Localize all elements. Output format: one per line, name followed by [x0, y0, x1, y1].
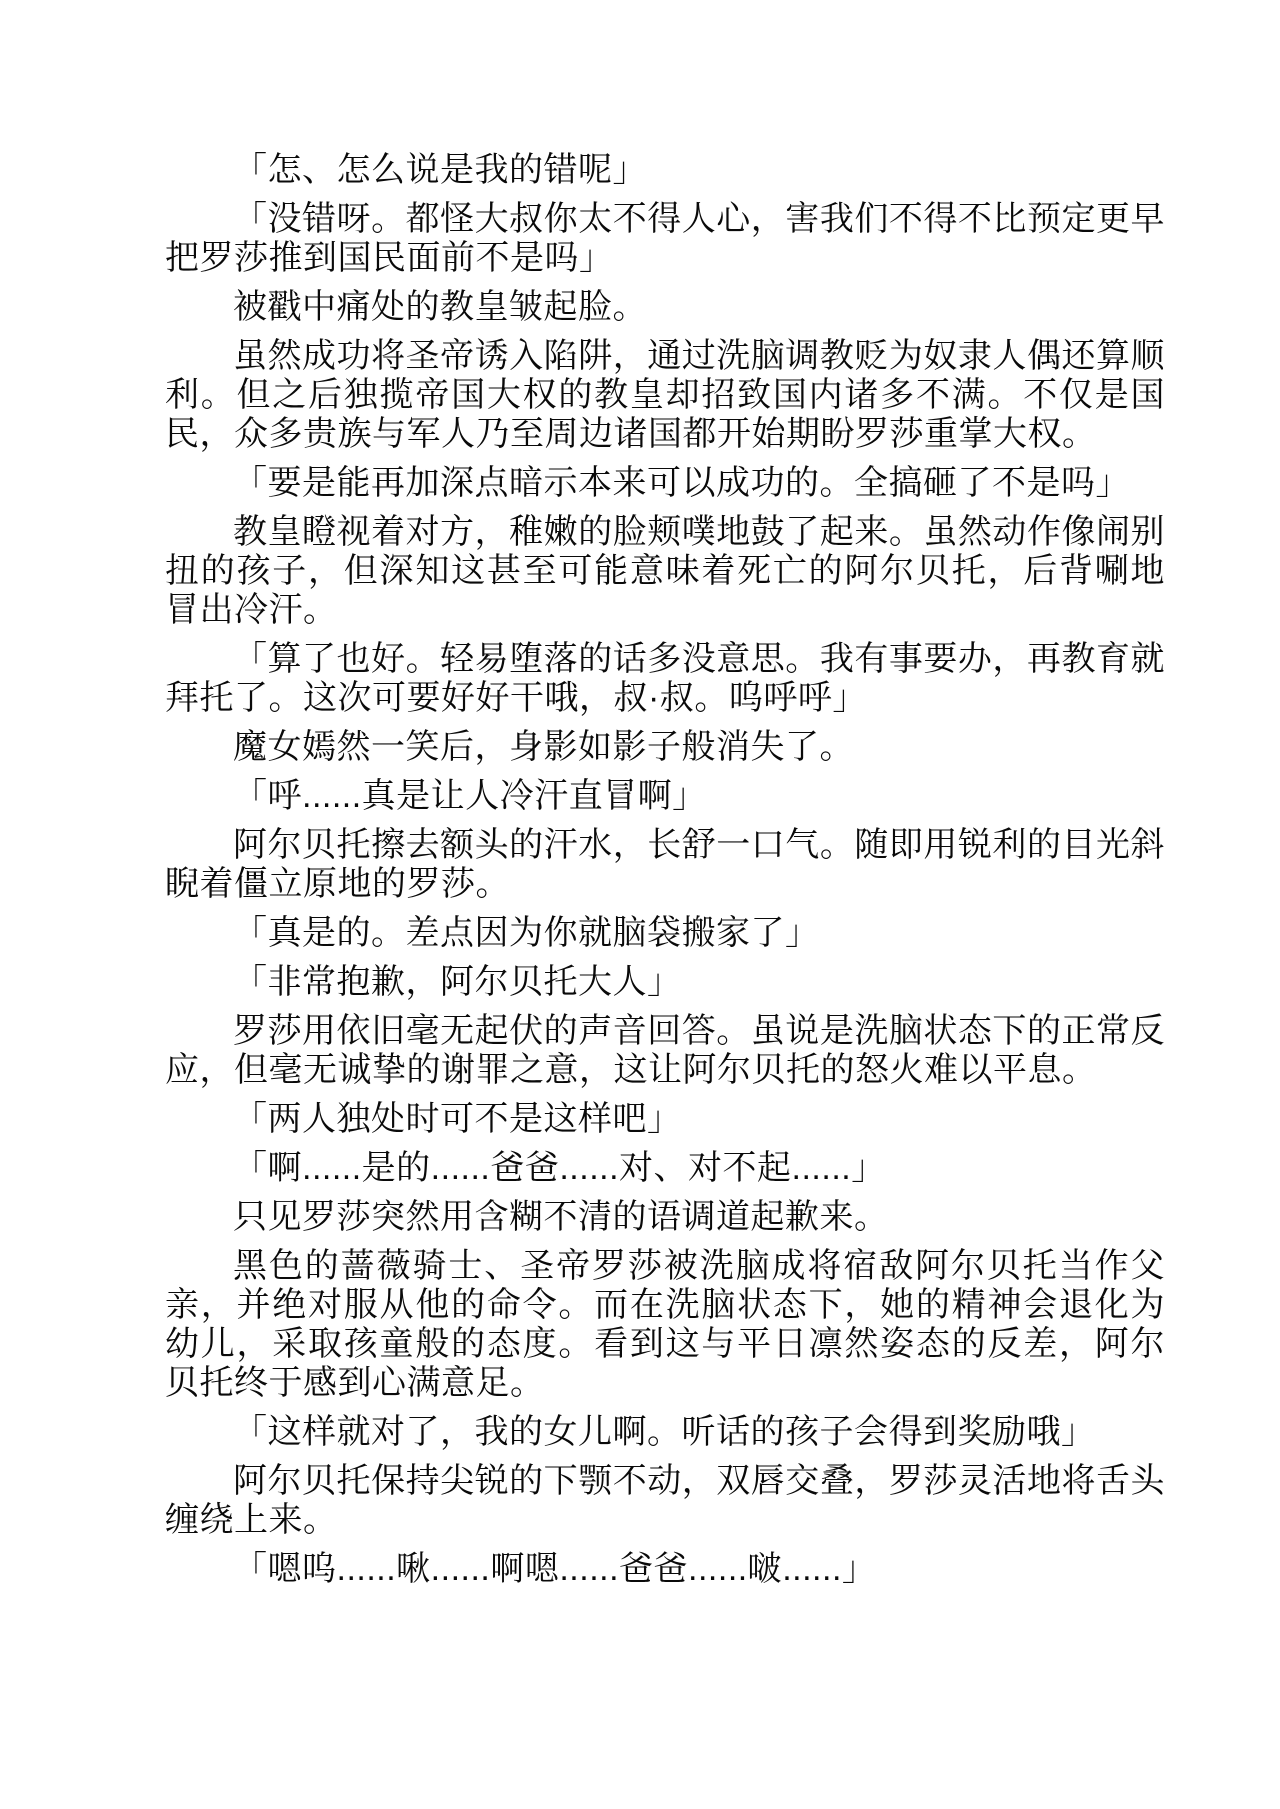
- paragraph: 罗莎用依旧毫无起伏的声音回答。虽说是洗脑状态下的正常反应，但毫无诚挚的谢罪之意，…: [165, 1012, 1165, 1090]
- paragraph: 「啊......是的......爸爸......对、对不起......」: [165, 1149, 1165, 1188]
- paragraph: 被戳中痛处的教皇皱起脸。: [165, 288, 1165, 327]
- paragraph: 「两人独处时可不是这样吧」: [165, 1100, 1165, 1139]
- paragraph: 「怎、怎么说是我的错呢」: [165, 151, 1165, 190]
- paragraph: 「真是的。差点因为你就脑袋搬家了」: [165, 914, 1165, 953]
- paragraph: 「呼......真是让人冷汗直冒啊」: [165, 777, 1165, 816]
- paragraph: 虽然成功将圣帝诱入陷阱，通过洗脑调教贬为奴隶人偶还算顺利。但之后独揽帝国大权的教…: [165, 337, 1165, 454]
- paragraph: 「嗯呜......啾......啊嗯......爸爸......啵......」: [165, 1550, 1165, 1589]
- paragraph: 阿尔贝托保持尖锐的下颚不动，双唇交叠，罗莎灵活地将舌头缠绕上来。: [165, 1462, 1165, 1540]
- paragraph: 阿尔贝托擦去额头的汗水，长舒一口气。随即用锐利的目光斜睨着僵立原地的罗莎。: [165, 826, 1165, 904]
- paragraph: 「非常抱歉，阿尔贝托大人」: [165, 963, 1165, 1002]
- paragraph: 「没错呀。都怪大叔你太不得人心，害我们不得不比预定更早把罗莎推到国民面前不是吗」: [165, 200, 1165, 278]
- paragraph: 只见罗莎突然用含糊不清的语调道起歉来。: [165, 1198, 1165, 1237]
- paragraph: 「这样就对了，我的女儿啊。听话的孩子会得到奖励哦」: [165, 1413, 1165, 1452]
- novel-page: 「怎、怎么说是我的错呢」 「没错呀。都怪大叔你太不得人心，害我们不得不比预定更早…: [0, 0, 1280, 1809]
- paragraph: 「要是能再加深点暗示本来可以成功的。全搞砸了不是吗」: [165, 464, 1165, 503]
- paragraph: 黑色的蔷薇骑士、圣帝罗莎被洗脑成将宿敌阿尔贝托当作父亲，并绝对服从他的命令。而在…: [165, 1247, 1165, 1403]
- text-column: 「怎、怎么说是我的错呢」 「没错呀。都怪大叔你太不得人心，害我们不得不比预定更早…: [165, 151, 1165, 1589]
- paragraph: 魔女嫣然一笑后，身影如影子般消失了。: [165, 728, 1165, 767]
- paragraph: 教皇瞪视着对方，稚嫩的脸颊噗地鼓了起来。虽然动作像闹别扭的孩子，但深知这甚至可能…: [165, 513, 1165, 630]
- paragraph: 「算了也好。轻易堕落的话多没意思。我有事要办，再教育就拜托了。这次可要好好干哦，…: [165, 640, 1165, 718]
